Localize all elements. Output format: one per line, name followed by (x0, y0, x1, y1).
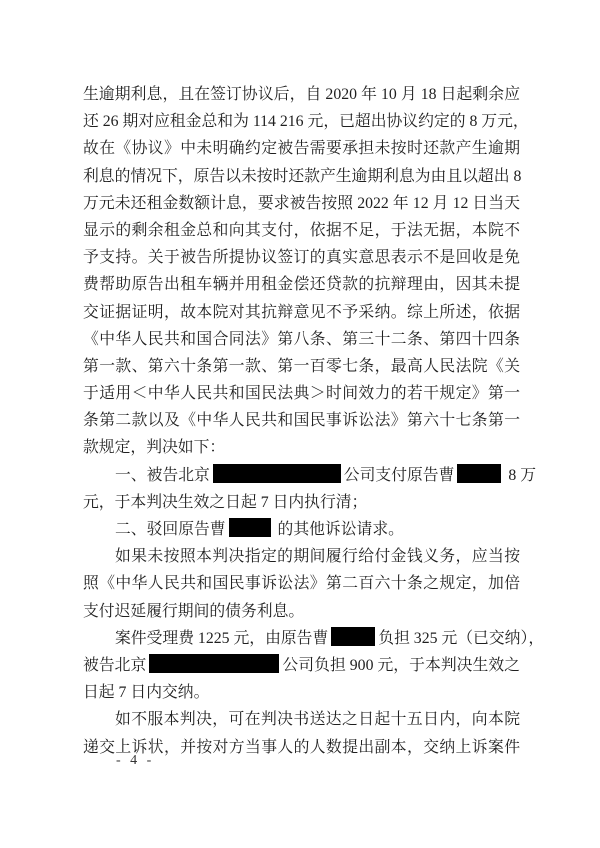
text-line: 于适用＜中华人民共和国民法典＞时间效力的若干规定》第一 (83, 380, 520, 407)
text-run: 费帮助原告出租车辆并用租金偿还贷款的抗辩理由，因其未提 (83, 276, 520, 293)
text-run: 被告北京 (83, 657, 146, 674)
text-line: 显示的剩余租金总和向其支付，依据不足，于法无据，本院不 (83, 217, 520, 244)
text-run: 生逾期利息，且在签订协议后，自 2020 年 10 月 18 日起剩余应 (83, 86, 520, 103)
text-run: 《中华人民共和国合同法》第八条、第三十二条、第四十四条 (83, 331, 520, 348)
text-line: 被告北京公司负担 900 元，于本判决生效之 (83, 652, 520, 679)
text-line: 生逾期利息，且在签订协议后，自 2020 年 10 月 18 日起剩余应 (83, 81, 520, 108)
redaction-block (213, 464, 341, 483)
text-line: 日起 7 日内交纳。 (83, 679, 520, 706)
text-line: 案件受理费 1225 元，由原告曹负担 325 元（已交纳）， (83, 625, 520, 652)
text-run: 负担 325 元（已交纳）， (378, 630, 544, 647)
page-number: - 4 - (116, 751, 154, 771)
text-run: 公司支付原告曹 (344, 467, 455, 484)
text-run: 还 26 期对应租金总和为 114 216 元，已超出协议约定的 8 万元， (83, 113, 529, 130)
scanned-judgment-page: { "page": { "background": "#ffffff", "te… (0, 0, 600, 848)
text-line: 条第二款以及《中华人民共和国民事诉讼法》第六十七条第一 (83, 407, 520, 434)
document-sheet: 生逾期利息，且在签订协议后，自 2020 年 10 月 18 日起剩余应还 26… (0, 0, 600, 848)
text-line: 如果未按照本判决指定的期间履行给付金钱义务，应当按 (83, 543, 520, 570)
text-run: 如不服本判决，可在判决书送达之日起十五日内，向本院 (115, 711, 520, 728)
text-run: 元，于本判决生效之日起 7 日内执行清； (83, 494, 367, 511)
text-run: 于适用＜中华人民共和国民法典＞时间效力的若干规定》第一 (83, 385, 520, 402)
text-run: 二、驳回原告曹 (115, 521, 226, 538)
text-run: 案件受理费 1225 元，由原告曹 (115, 630, 328, 647)
redaction-block (457, 464, 501, 483)
text-line: 如不服本判决，可在判决书送达之日起十五日内，向本院 (83, 706, 520, 733)
redaction-block (331, 627, 375, 646)
text-run: 条第二款以及《中华人民共和国民事诉讼法》第六十七条第一 (83, 412, 520, 429)
text-run: 8 万 (504, 467, 536, 484)
text-block: 生逾期利息，且在签订协议后，自 2020 年 10 月 18 日起剩余应还 26… (83, 81, 520, 761)
text-run: 交证据证明，故本院对其抗辩意见不予采纳。综上所述，依据 (83, 304, 520, 321)
text-run: 的其他诉讼请求。 (274, 521, 404, 538)
text-run: 第一款、第六十条第一款、第一百零七条，最高人民法院《关 (83, 358, 520, 375)
text-line: 费帮助原告出租车辆并用租金偿还贷款的抗辩理由，因其未提 (83, 271, 520, 298)
text-line: 照《中华人民共和国民事诉讼法》第二百六十条之规定，加倍 (83, 570, 520, 597)
text-run: 支付迟延履行期间的债务利息。 (83, 603, 304, 620)
text-line: 予支持。关于被告所提协议签订的真实意思表示不是回收是免 (83, 244, 520, 271)
redaction-block (229, 518, 271, 537)
redaction-block (149, 654, 279, 673)
text-line: 一、被告北京公司支付原告曹 8 万 (83, 462, 520, 489)
text-line: 款规定，判决如下： (83, 434, 520, 461)
text-run: 万元未还租金数额计息，要求被告按照 2022 年 12 月 12 日当天 (83, 195, 520, 212)
text-run: 利息的情况下，原告以未按时还款产生逾期利息为由且以超出 8 (83, 168, 521, 185)
text-run: 显示的剩余租金总和向其支付，依据不足，于法无据，本院不 (83, 222, 520, 239)
text-run: 如果未按照本判决指定的期间履行给付金钱义务，应当按 (115, 548, 520, 565)
text-line: 还 26 期对应租金总和为 114 216 元，已超出协议约定的 8 万元， (83, 108, 520, 135)
text-run: 日起 7 日内交纳。 (83, 684, 209, 701)
text-run: 款规定，判决如下： (83, 439, 225, 456)
text-line: 支付迟延履行期间的债务利息。 (83, 598, 520, 625)
text-line: 交证据证明，故本院对其抗辩意见不予采纳。综上所述，依据 (83, 299, 520, 326)
text-run: 照《中华人民共和国民事诉讼法》第二百六十条之规定，加倍 (83, 575, 520, 592)
text-line: 万元未还租金数额计息，要求被告按照 2022 年 12 月 12 日当天 (83, 190, 520, 217)
text-run: 予支持。关于被告所提协议签订的真实意思表示不是回收是免 (83, 249, 520, 266)
text-line: 《中华人民共和国合同法》第八条、第三十二条、第四十四条 (83, 326, 520, 353)
text-line: 二、驳回原告曹 的其他诉讼请求。 (83, 516, 520, 543)
text-line: 元，于本判决生效之日起 7 日内执行清； (83, 489, 520, 516)
text-run: 一、被告北京 (115, 467, 210, 484)
text-line: 第一款、第六十条第一款、第一百零七条，最高人民法院《关 (83, 353, 520, 380)
text-run: 故在《协议》中未明确约定被告需要承担未按时还款产生逾期 (83, 140, 520, 157)
text-line: 故在《协议》中未明确约定被告需要承担未按时还款产生逾期 (83, 135, 520, 162)
text-run: 公司负担 900 元，于本判决生效之 (282, 657, 520, 674)
text-line: 利息的情况下，原告以未按时还款产生逾期利息为由且以超出 8 (83, 163, 520, 190)
